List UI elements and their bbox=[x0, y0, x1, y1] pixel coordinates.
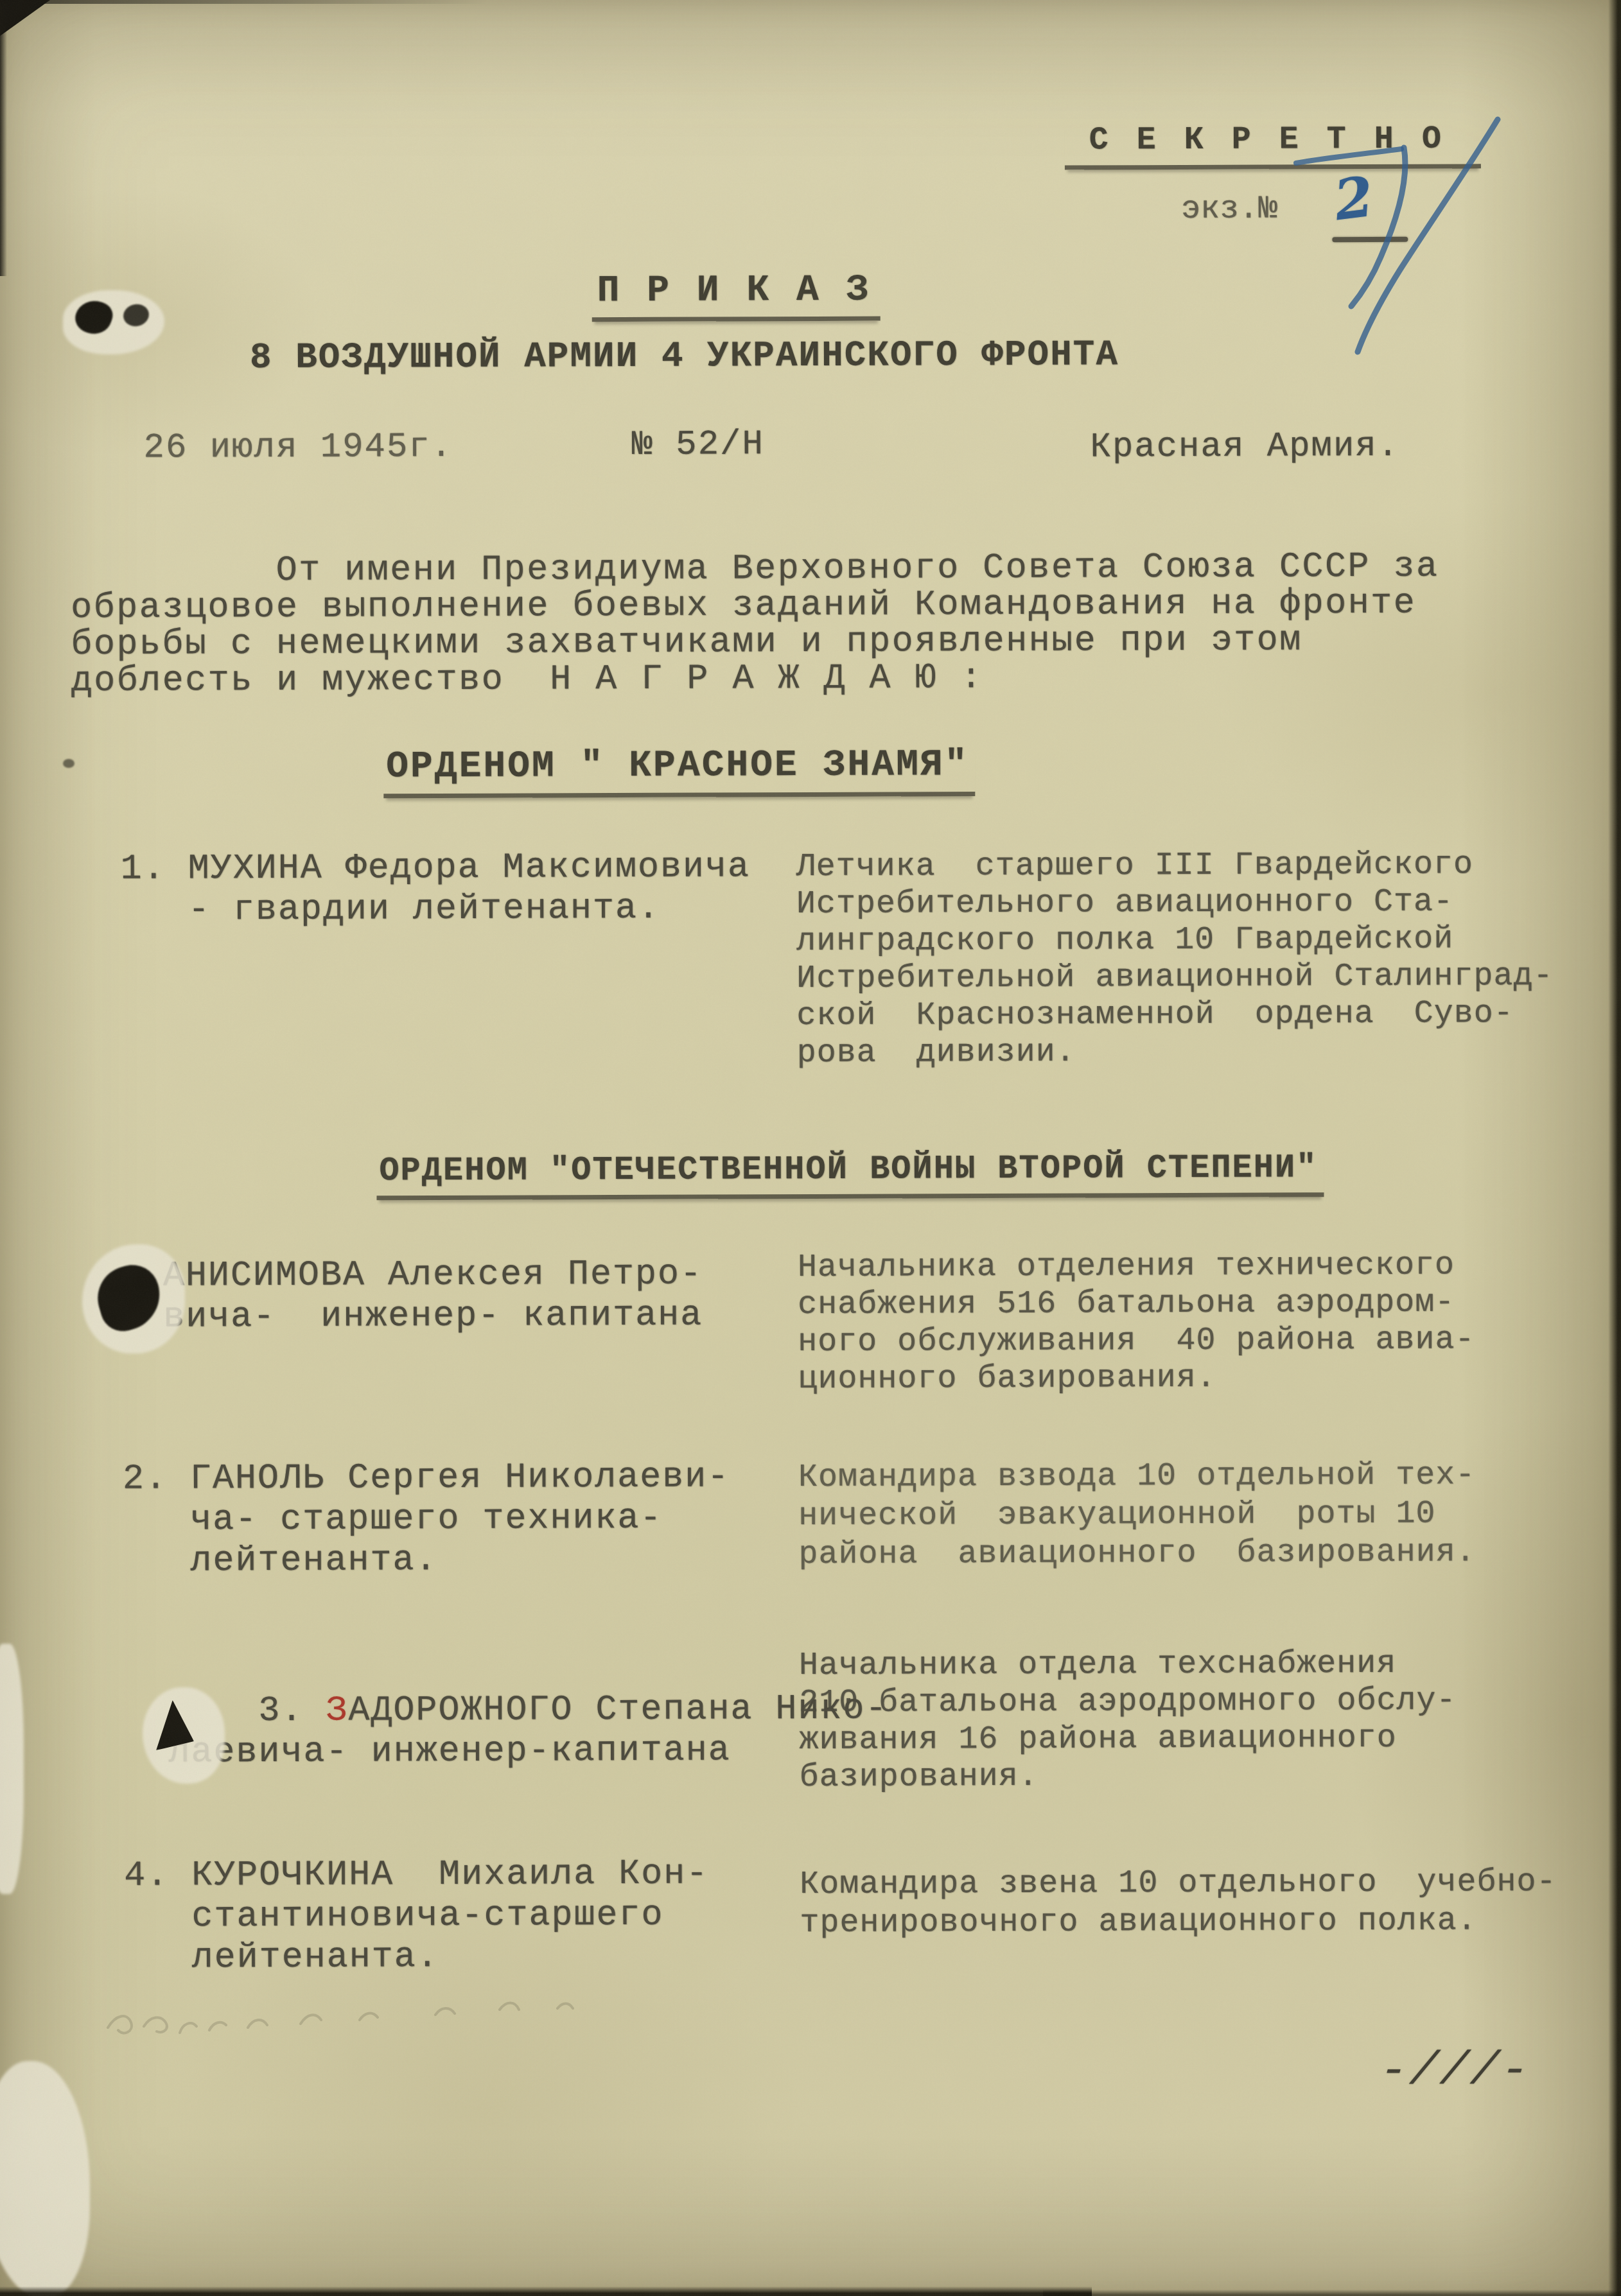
entry-description: Начальника отделения технического снабже… bbox=[798, 1247, 1475, 1398]
scan-edge-artifact bbox=[0, 2286, 1092, 2296]
order-title: П Р И К А З bbox=[591, 270, 880, 322]
section-title-patriotic-war: ОРДЕНОМ "ОТЕЧЕСТВЕННОЙ ВОЙНЫ ВТОРОЙ СТЕП… bbox=[376, 1149, 1324, 1200]
section-title-red-banner: ОРДЕНОМ " КРАСНОЕ ЗНАМЯ" bbox=[383, 744, 976, 798]
order-subtitle: 8 ВОЗДУШНОЙ АРМИИ 4 УКРАИНСКОГО ФРОНТА bbox=[250, 334, 1119, 378]
page-end-mark: -///- bbox=[1372, 2044, 1539, 2098]
order-army: Красная Армия. bbox=[1090, 427, 1399, 467]
entry-red-initial: З bbox=[326, 1691, 348, 1731]
scan-edge-artifact bbox=[1043, 2290, 1621, 2296]
order-number: № 52/Н bbox=[631, 425, 764, 465]
entry-description: Летчика старшего III Гвардейского Истреб… bbox=[796, 846, 1554, 1072]
entry-number: 3. bbox=[258, 1691, 326, 1731]
copy-number-underline bbox=[1332, 237, 1408, 242]
torn-patch bbox=[0, 1644, 24, 1894]
scan-edge-artifact bbox=[0, 0, 488, 4]
entry-name: 2. ГАНОЛЬ Сергея Николаеви- ча- старшего… bbox=[123, 1456, 730, 1581]
entry-name: 4. КУРОЧКИНА Михаила Кон- стантиновича-с… bbox=[124, 1854, 709, 1979]
scan-edge-artifact bbox=[0, 0, 7, 276]
entry-name: АНИСИМОВА Алексея Петро- вича- инженер- … bbox=[163, 1254, 703, 1338]
typed-content: С Е К Р Е Т Н О экз.№ 2 П Р И К А З 8 ВО… bbox=[0, 0, 1621, 2296]
copy-number-handwritten: 2 bbox=[1331, 164, 1377, 234]
secret-stamp: С Е К Р Е Т Н О bbox=[1065, 121, 1481, 170]
copy-label: экз.№ bbox=[1181, 191, 1277, 228]
entry-description: Начальника отдела техснабжения 210 батал… bbox=[799, 1645, 1457, 1796]
entry-name: 1. МУХИНА Федора Максимовича - гвардии л… bbox=[121, 846, 751, 930]
entry-name: 3. ЗАДОРОЖНОГО Степана Нико- лаевича- ин… bbox=[123, 1648, 888, 1814]
document-page: С Е К Р Е Т Н О экз.№ 2 П Р И К А З 8 ВО… bbox=[0, 0, 1621, 2296]
scan-edge-artifact bbox=[1608, 0, 1621, 2296]
paper-speck bbox=[63, 759, 74, 768]
order-date: 26 июля 1945г. bbox=[143, 428, 453, 468]
entry-description: Командира звена 10 отдельного учебно- тр… bbox=[800, 1863, 1557, 1943]
preamble: От имени Президиума Верховного Совета Со… bbox=[71, 548, 1439, 699]
entry-description: Командира взвода 10 отдельной тех- ничес… bbox=[798, 1456, 1476, 1574]
entry-name-rest: АДОРОЖНОГО Степана Нико- лаевича- инжене… bbox=[123, 1689, 888, 1773]
